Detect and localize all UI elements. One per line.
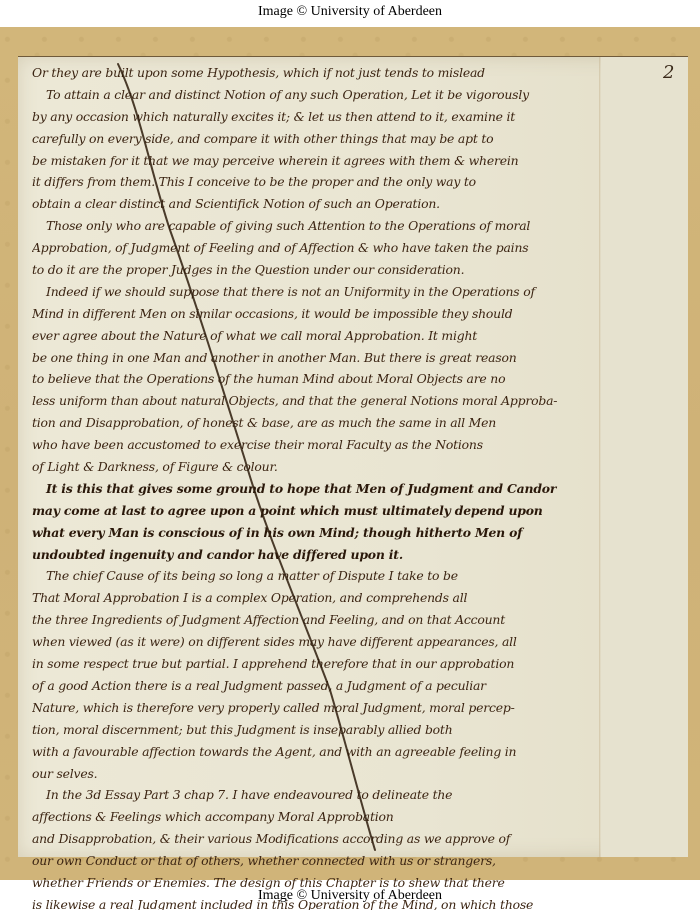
manuscript-line: Approbation, of Judgment of Feeling and … [32,237,572,259]
manuscript-line: Nature, which is therefore very properly… [32,697,572,719]
manuscript-line: undoubted ingenuity and candor have diff… [32,544,572,566]
manuscript-line: obtain a clear distinct and Scientifick … [32,193,572,215]
manuscript-line: tion and Disapprobation, of honest & bas… [32,412,572,434]
manuscript-line: Indeed if we should suppose that there i… [32,281,572,303]
sheet-fold-line [599,57,601,857]
manuscript-line: The chief Cause of its being so long a m… [32,565,572,587]
image-credit-bottom: Image © University of Aberdeen [0,886,700,906]
manuscript-line: be one thing in one Man and another in a… [32,347,572,369]
manuscript-line: of a good Action there is a real Judgmen… [32,675,572,697]
manuscript-line: and Disapprobation, & their various Modi… [32,828,572,850]
manuscript-line: our selves. [32,763,572,785]
manuscript-line: In the 3d Essay Part 3 chap 7. I have en… [32,784,572,806]
manuscript-line: the three Ingredients of Judgment Affect… [32,609,572,631]
manuscript-line: may come at last to agree upon a point w… [32,500,572,522]
sheet-margin-strip [601,57,688,857]
manuscript-line: with a favourable affection towards the … [32,741,572,763]
manuscript-line: when viewed (as it were) on different si… [32,631,572,653]
manuscript-line: to believe that the Operations of the hu… [32,368,572,390]
manuscript-line: who have been accustomed to exercise the… [32,434,572,456]
image-credit-top: Image © University of Aberdeen [0,2,700,22]
page-number: 2 [663,62,674,83]
manuscript-line: Those only who are capable of giving suc… [32,215,572,237]
manuscript-line: Or they are built upon some Hypothesis, … [32,62,572,84]
manuscript-line: of Light & Darkness, of Figure & colour. [32,456,572,478]
manuscript-line: it differs from them. This I conceive to… [32,171,572,193]
manuscript-line: That Moral Approbation I is a complex Op… [32,587,572,609]
manuscript-line: by any occasion which naturally excites … [32,106,572,128]
manuscript-line: in some respect true but partial. I appr… [32,653,572,675]
manuscript-line: be mistaken for it that we may perceive … [32,150,572,172]
manuscript-line: tion, moral discernment; but this Judgme… [32,719,572,741]
manuscript-line: affections & Feelings which accompany Mo… [32,806,572,828]
manuscript-text: Or they are built upon some Hypothesis, … [32,62,572,910]
manuscript-line: It is this that gives some ground to hop… [32,478,572,500]
manuscript-line: Mind in different Men on similar occasio… [32,303,572,325]
manuscript-line: To attain a clear and distinct Notion of… [32,84,572,106]
manuscript-line: ever agree about the Nature of what we c… [32,325,572,347]
manuscript-line: what every Man is conscious of in his ow… [32,522,572,544]
manuscript-line: our own Conduct or that of others, wheth… [32,850,572,872]
manuscript-line: less uniform than about natural Objects,… [32,390,572,412]
manuscript-line: carefully on every side, and compare it … [32,128,572,150]
manuscript-line: to do it are the proper Judges in the Qu… [32,259,572,281]
